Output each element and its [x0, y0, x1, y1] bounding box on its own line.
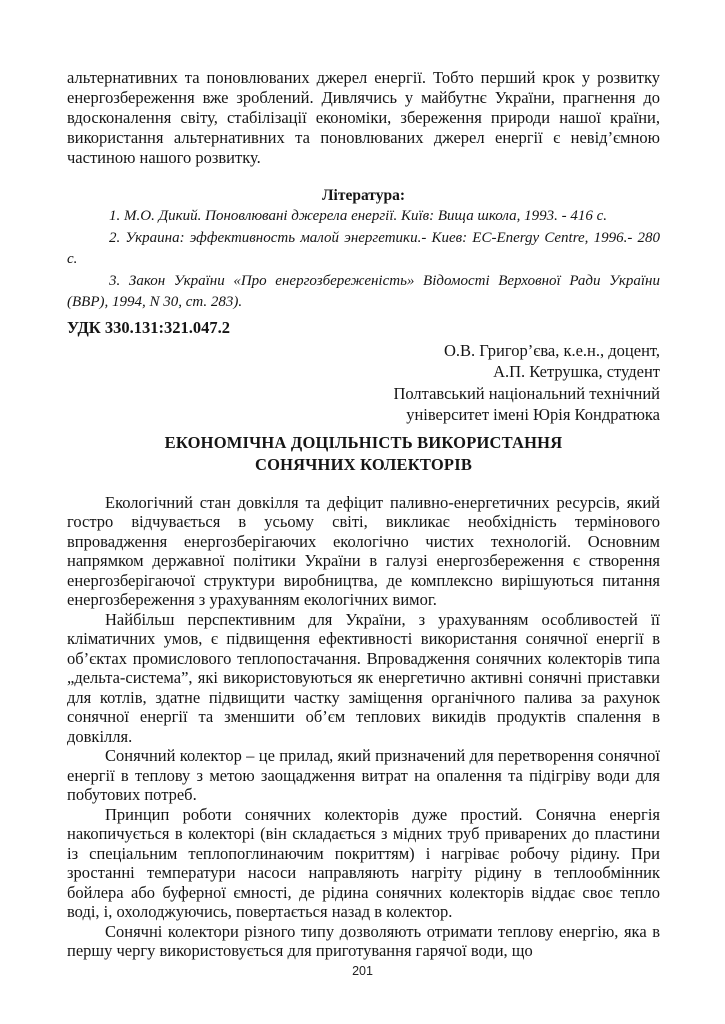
author-block: О.В. Григор’єва, к.е.н., доцент, А.П. Ке… [67, 340, 660, 426]
article-body: Екологічний стан довкілля та дефіцит пал… [67, 493, 660, 961]
page-number: 201 [0, 964, 725, 978]
body-paragraph-1: Екологічний стан довкілля та дефіцит пал… [67, 493, 660, 610]
literature-heading: Література: [67, 186, 660, 206]
reference-item-1: 1. М.О. Дикий. Поновлювані джерела енерг… [67, 206, 660, 228]
literature-list: 1. М.О. Дикий. Поновлювані джерела енерг… [67, 206, 660, 314]
body-paragraph-3: Сонячний колектор – це прилад, який приз… [67, 746, 660, 805]
article-title-line-2: СОНЯЧНИХ КОЛЕКТОРІВ [255, 455, 472, 474]
reference-item-3: 3. Закон України «Про енергозбереженість… [67, 271, 660, 314]
reference-item-2: 2. Украина: эффективность малой энергети… [67, 228, 660, 271]
body-paragraph-2: Найбільш перспективним для України, з ур… [67, 610, 660, 747]
article-title: ЕКОНОМІЧНА ДОЦІЛЬНІСТЬ ВИКОРИСТАННЯ СОНЯ… [67, 432, 660, 476]
intro-paragraph: альтернативних та поновлюваних джерел ен… [67, 68, 660, 168]
affiliation-line-2: університет імені Юрія Кондратюка [67, 404, 660, 426]
udc-label: УДК 330.131:321.047.2 [67, 318, 660, 338]
affiliation-line-1: Полтавський національний технічний [67, 383, 660, 405]
author-line-1: О.В. Григор’єва, к.е.н., доцент, [67, 340, 660, 362]
article-title-line-1: ЕКОНОМІЧНА ДОЦІЛЬНІСТЬ ВИКОРИСТАННЯ [165, 433, 563, 452]
document-page: альтернативних та поновлюваних джерел ен… [0, 0, 725, 1024]
author-line-2: А.П. Кетрушка, студент [67, 361, 660, 383]
body-paragraph-5: Сонячні колектори різного типу дозволяют… [67, 922, 660, 961]
body-paragraph-4: Принцип роботи сонячних колекторів дуже … [67, 805, 660, 922]
